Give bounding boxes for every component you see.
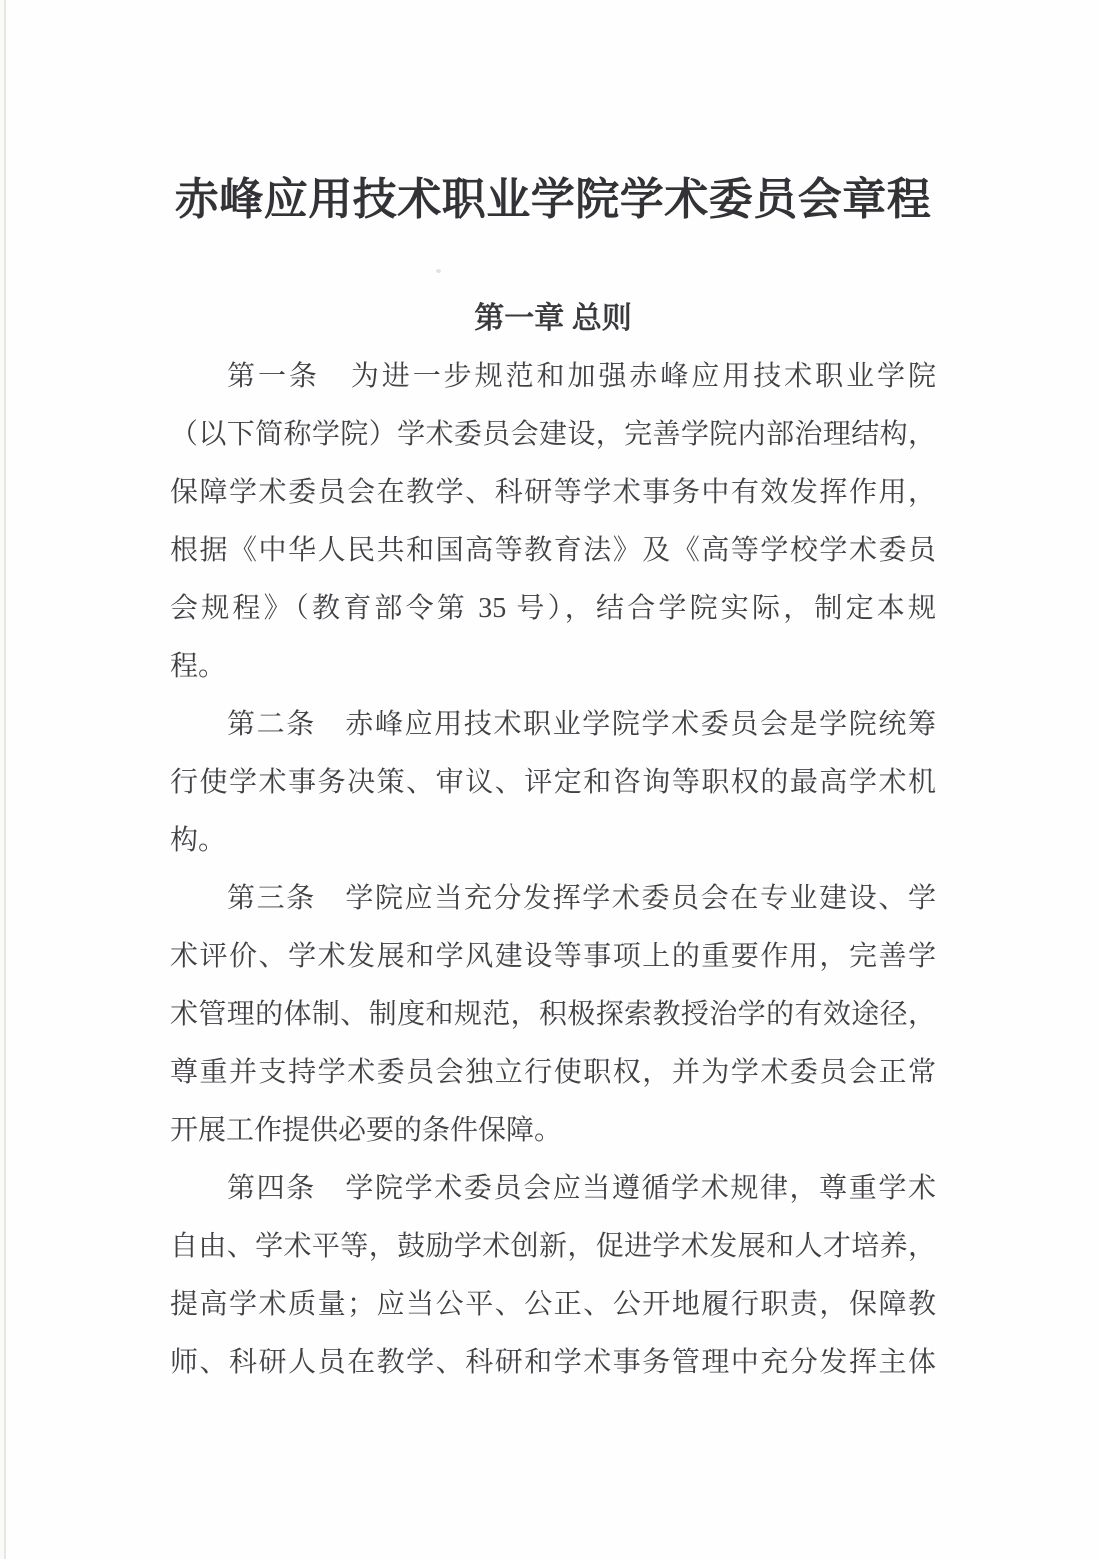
body-line: 第四条 学院学术委员会应当遵循学术规律，尊重学术 xyxy=(170,1160,936,1218)
body-line: 第三条 学院应当充分发挥学术委员会在专业建设、学 xyxy=(170,870,936,928)
chapter-heading: 第一章 总则 xyxy=(170,299,936,339)
body-line: 保障学术委员会在教学、科研等学术事务中有效发挥作用， xyxy=(170,464,936,522)
body-line: 根据《中华人民共和国高等教育法》及《高等学校学术委员 xyxy=(170,522,936,580)
body-line: 程。 xyxy=(170,638,936,696)
body-line: 尊重并支持学术委员会独立行使职权，并为学术委员会正常 xyxy=(170,1044,936,1102)
body-text: 第一条 为进一步规范和加强赤峰应用技术职业学院（以下简称学院）学术委员会建设，完… xyxy=(170,348,936,1392)
body-line: 会规程》（教育部令第 35 号），结合学院实际，制定本规 xyxy=(170,580,936,638)
body-line: 第二条 赤峰应用技术职业学院学术委员会是学院统筹 xyxy=(170,696,936,754)
body-line: （以下简称学院）学术委员会建设，完善学院内部治理结构， xyxy=(170,406,936,464)
body-line: 自由、学术平等，鼓励学术创新，促进学术发展和人才培养， xyxy=(170,1218,936,1276)
body-line: 开展工作提供必要的条件保障。 xyxy=(170,1102,936,1160)
page-edge-line xyxy=(4,0,6,1559)
body-line: 第一条 为进一步规范和加强赤峰应用技术职业学院 xyxy=(170,348,936,406)
body-line: 术管理的体制、制度和规范，积极探索教授治学的有效途径， xyxy=(170,986,936,1044)
body-line: 师、科研人员在教学、科研和学术事务管理中充分发挥主体 xyxy=(170,1334,936,1392)
body-line: 术评价、学术发展和学风建设等事项上的重要作用，完善学 xyxy=(170,928,936,986)
body-line: 构。 xyxy=(170,812,936,870)
body-line: 行使学术事务决策、审议、评定和咨询等职权的最高学术机 xyxy=(170,754,936,812)
scan-speck xyxy=(436,269,441,273)
document-title: 赤峰应用技术职业学院学术委员会章程 xyxy=(170,174,936,226)
body-line: 提高学术质量；应当公平、公正、公开地履行职责，保障教 xyxy=(170,1276,936,1334)
document-page: 赤峰应用技术职业学院学术委员会章程 第一章 总则 第一条 为进一步规范和加强赤峰… xyxy=(0,0,1099,1559)
